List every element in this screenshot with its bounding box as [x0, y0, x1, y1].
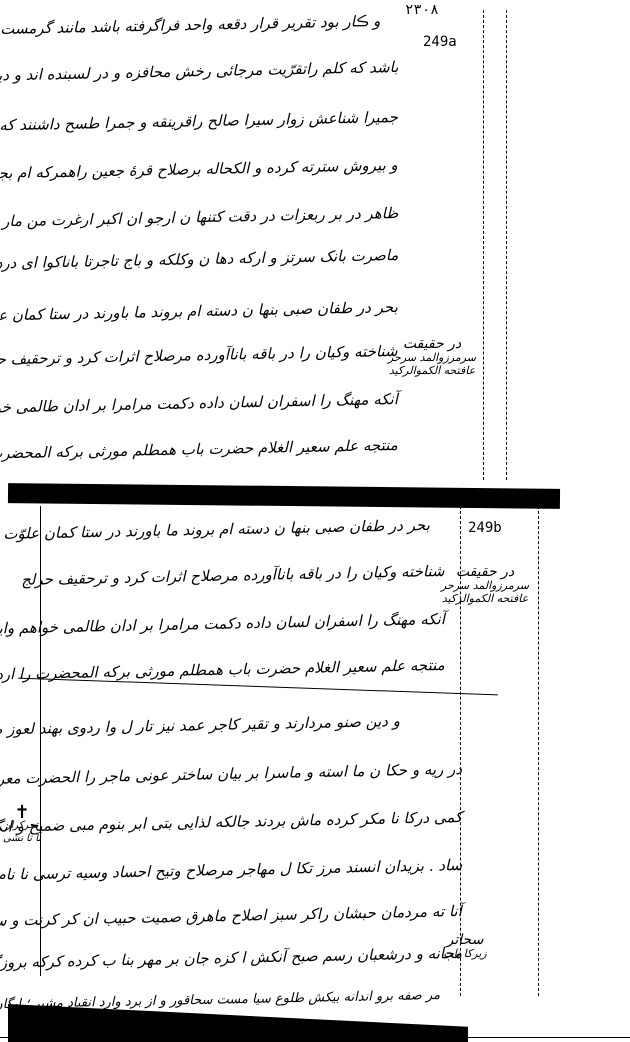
margin-note-line: سرمرزوالمد سرحر [430, 579, 540, 592]
text-line: آنکه مهنگ را اسفران لسان داده دکمت مرامر… [0, 390, 398, 418]
margin-note-heading: در حقیقت [386, 338, 478, 351]
text-line: ماصرت بانک سرتز و ارکه دها ن وکلکه و باج… [0, 246, 398, 274]
text-line: بحر در طفان صبی بنها ن دسته ام بروند ما … [0, 516, 430, 545]
margin-note: در حقیقت سرمرزوالمد سرحر عافتحه الکموالر… [430, 566, 540, 605]
margin-note-line: زیرکا نات [430, 947, 500, 960]
margin-note-heading: در حقیقت [430, 566, 540, 579]
bottom-edge-line [0, 1037, 630, 1038]
text-line: بحر در طفان صبی بنها ن دسته ام بروند ما … [0, 298, 398, 327]
left-margin-mark: ✝ تحرکرار نا تا نشی [2, 806, 42, 845]
folio-label-249b: 249b [468, 520, 502, 536]
margin-note-line: عافتحه الکموالرکید [386, 364, 478, 377]
margin-note: در حقیقت سرمرزوالمد سرحر عافتحه الکموالر… [386, 338, 478, 377]
margin-note-line: سرمرزوالمد سرحر [386, 351, 478, 364]
folio-label-249a: 249a [423, 34, 457, 50]
text-line: مجانه و درشعبان رسم صبح آنکش ا کزه جان ب… [0, 944, 462, 972]
text-line: و بیروش سترته کرده و الکحاله برصلاح قرهٔ… [0, 156, 398, 185]
top-folio: ۲۳۰۸ 249a و ڪار بود تقریر قرار دقعه واحد… [0, 0, 630, 490]
text-line: ظاهر در بر ربعزات در دقت کتنها ن ارجو ان… [0, 204, 398, 232]
text-line: ساد . بزیدان انسند مرز تکا ل مهاجر مرصلا… [0, 856, 462, 885]
text-line: و ڪار بود تقریر قرار دقعه واحد فراگرفته … [0, 12, 380, 41]
text-line: منتجه علم سعیر الغلام حضرت باب همطلم مور… [0, 436, 398, 464]
text-line: جمیرا شناعش زوار سیرا صالح راقرینقه و جم… [0, 108, 398, 137]
margin-note-heading: سحاتر [430, 934, 500, 947]
left-margin-line: نا تا نشی [2, 832, 42, 845]
bottom-folio: 249b بحر در طفان صبی بنها ن دسته ام برون… [0, 506, 630, 1006]
text-line: در ریه و حکا ن ما استه و ماسرا بر بیان س… [0, 760, 462, 789]
text-line: کمی درکا نا مکر کرده ماش بردند جالکه لذا… [0, 808, 462, 837]
text-line: شناخته وکیان را در باقه باناآورده مرصلاح… [21, 562, 445, 589]
section-divider [18, 678, 498, 696]
text-line: آنا ته مردمان حبشان راکر سبز اصلاح ماهرق… [0, 902, 462, 931]
margin-rule-outer [506, 10, 507, 480]
text-line: آنکه مهنگ را اسفران لسان داده دکمت مرامر… [0, 610, 445, 638]
folio-number-top: ۲۳۰۸ [405, 2, 439, 18]
text-line: باشد که کلم راتقرّیت مرجائی رخش محافزه و… [0, 58, 398, 87]
left-margin-line: تحرکرار [2, 819, 42, 832]
margin-rule [483, 10, 484, 480]
margin-note-line: عافتحه الکموالرکید [430, 592, 540, 605]
margin-note-lower: سحاتر زیرکا نات [430, 934, 500, 960]
text-line: و دین صنو مردارند و تقیر کاجر عمد نیز تا… [0, 712, 400, 742]
text-line: شناخته وکیان را در باقه باناآورده مرصلاح… [0, 342, 398, 369]
cross-mark-icon: ✝ [2, 806, 42, 819]
